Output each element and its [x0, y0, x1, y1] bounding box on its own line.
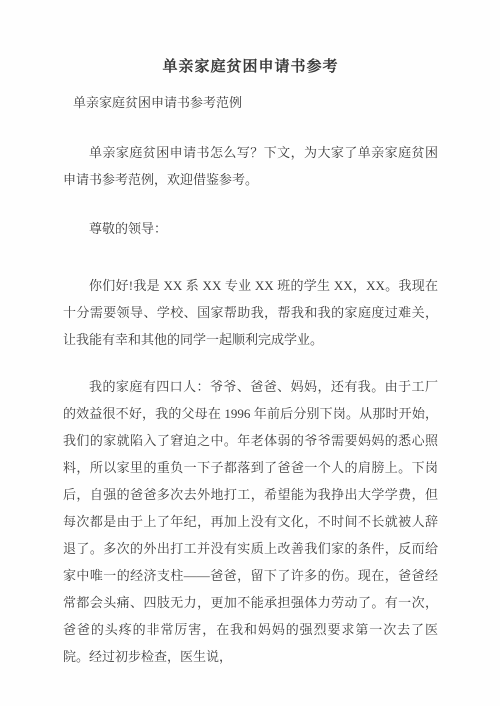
document-title: 单亲家庭贫困申请书参考 [63, 57, 438, 77]
document-subtitle: 单亲家庭贫困申请书参考范例 [63, 95, 438, 111]
document-content: 单亲家庭贫困申请书参考 单亲家庭贫困申请书参考范例 单亲家庭贫困申请书怎么写？下… [63, 0, 438, 670]
document-page: 单亲家庭贫困申请书参考 单亲家庭贫困申请书参考范例 单亲家庭贫困申请书怎么写？下… [0, 0, 500, 706]
paragraph-greeting: 你们好!我是 XX 系 XX 专业 XX 班的学生 XX，XX。我现在十分需要领… [63, 272, 438, 353]
paragraph-salutation: 尊敬的领导： [63, 215, 438, 242]
paragraph-family-situation: 我的家庭有四口人：爷爷、爸爸、妈妈，还有我。由于工厂的效益很不好，我的父母在 1… [63, 373, 438, 670]
paragraph-intro: 单亲家庭贫困申请书怎么写？下文，为大家了单亲家庭贫困申请书参考范例，欢迎借鉴参考… [63, 139, 438, 193]
